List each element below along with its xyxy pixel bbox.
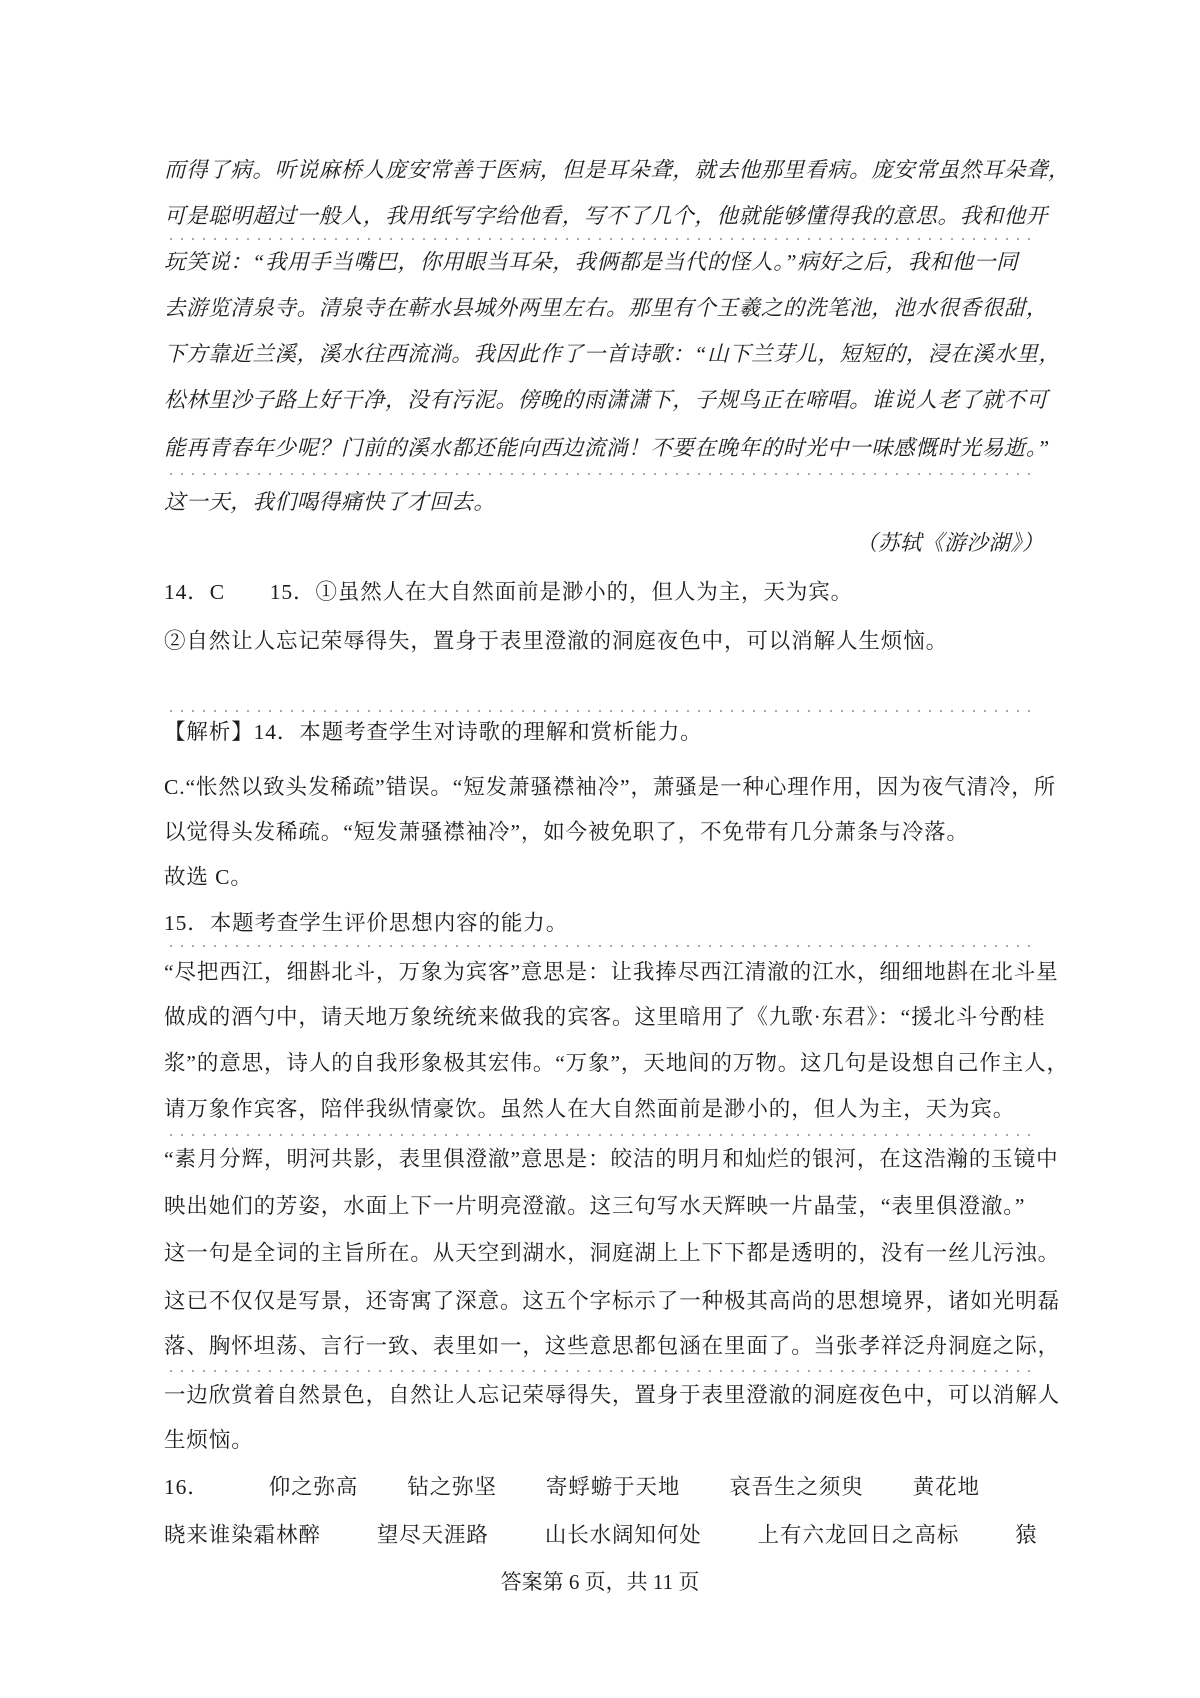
analysis-line: C.“怅然以致头发稀疏”错误。“短发萧骚襟袖冷”，萧骚是一种心理作用，因为夜气清… (164, 764, 1044, 810)
translation-line: 能再青春年少呢？门前的溪水都还能向西边流淌！不要在晚年的时光中一味感慨时光易逝。… (164, 425, 1044, 471)
analysis-line: “素月分辉，明河共影，表里俱澄澈”意思是：皎洁的明月和灿烂的银河，在这浩瀚的玉镜… (164, 1136, 1044, 1182)
source-citation: （苏轼《游沙湖》） (164, 520, 1044, 566)
analysis-line: 生烦恼。 (164, 1417, 1044, 1463)
translation-line: 这一天，我们喝得痛快了才回去。 (164, 479, 1044, 525)
analysis-line: 一边欣赏着自然景色，自然让人忘记荣辱得失，置身于表里澄澈的洞庭夜色中，可以消解人 (164, 1372, 1044, 1418)
q16-label: 16． (164, 1464, 210, 1510)
q16-blank-answer: 望尽天涯路 (377, 1512, 489, 1558)
page-number-footer: 答案第 6 页，共 11 页 (0, 1559, 1200, 1605)
translation-line: 去游览清泉寺。清泉寺在蕲水县城外两里左右。那里有个王羲之的洗笔池，池水很香很甜， (164, 285, 1044, 331)
answer-line-14-15: 14．C 15．①虽然人在大自然面前是渺小的，但人为主，天为宾。 (164, 569, 1044, 615)
q16-blank-answer: 寄蜉蝣于天地 (546, 1464, 680, 1510)
translation-line: 可是聪明超过一般人，我用纸写字给他看，写不了几个，他就能够懂得我的意思。我和他开 (164, 193, 1044, 239)
answer-line-15-part2: ②自然让人忘记荣辱得失，置身于表里澄澈的洞庭夜色中，可以消解人生烦恼。 (164, 618, 1044, 664)
analysis-line: 做成的酒勺中，请天地万象统统来做我的宾客。这里暗用了《九歌·东君》：“援北斗兮酌… (164, 994, 1044, 1040)
q16-blank-answer: 钻之弥坚 (407, 1464, 497, 1510)
q16-answer-row: 晓来谁染霜林醉 望尽天涯路 山长水阔知何处 上有六龙回日之高标 猿 (164, 1512, 1044, 1558)
q16-blank-answer: 猿 (1015, 1512, 1037, 1558)
translation-line: 下方靠近兰溪，溪水往西流淌。我因此作了一首诗歌：“山下兰芽儿，短短的，浸在溪水里… (164, 331, 1044, 377)
translation-line: 而得了病。听说麻桥人庞安常善于医病，但是耳朵聋，就去他那里看病。庞安常虽然耳朵聋… (164, 147, 1044, 193)
analysis-line: 这一句是全词的主旨所在。从天空到湖水，洞庭湖上上下下都是透明的，没有一丝儿污浊。 (164, 1230, 1044, 1276)
analysis-line: 以觉得头发稀疏。“短发萧骚襟袖冷”，如今被免职了，不免带有几分萧条与冷落。 (164, 809, 1044, 855)
dotted-separator (170, 473, 1032, 475)
analysis-line: 落、胸怀坦荡、言行一致、表里如一，这些意思都包涵在里面了。当张孝祥泛舟洞庭之际， (164, 1323, 1044, 1369)
translation-line: 松林里沙子路上好干净，没有污泥。傍晚的雨潇潇下，子规鸟正在啼唱。谁说人老了就不可 (164, 377, 1044, 423)
q16-blank-answer: 山长水阔知何处 (545, 1512, 702, 1558)
q16-blank-answer: 黄花地 (913, 1464, 980, 1510)
q16-blank-answer: 仰之弥高 (269, 1464, 359, 1510)
analysis-line: “尽把西江，细斟北斗，万象为宾客”意思是：让我捧尽西江清澈的江水，细细地斟在北斗… (164, 949, 1044, 995)
analysis-line: 映出她们的芳姿，水面上下一片明亮澄澈。这三句写水天辉映一片晶莹，“表里俱澄澈。” (164, 1183, 1044, 1229)
analysis-line: 【解析】14．本题考查学生对诗歌的理解和赏析能力。 (164, 709, 1044, 755)
q16-answer-row: 16． 仰之弥高 钻之弥坚 寄蜉蝣于天地 哀吾生之须臾 黄花地 (164, 1464, 1044, 1510)
answer-sheet-page: 而得了病。听说麻桥人庞安常善于医病，但是耳朵聋，就去他那里看病。庞安常虽然耳朵聋… (0, 0, 1200, 1698)
q16-blank-answer: 晓来谁染霜林醉 (164, 1512, 321, 1558)
q16-blank-answer: 哀吾生之须臾 (729, 1464, 863, 1510)
analysis-line: 故选 C。 (164, 854, 1044, 900)
translation-line: 玩笑说：“我用手当嘴巴，你用眼当耳朵，我俩都是当代的怪人。”病好之后，我和他一同 (164, 239, 1044, 285)
analysis-line: 浆”的意思，诗人的自我形象极其宏伟。“万象”，天地间的万物。这几句是设想自己作主… (164, 1040, 1044, 1086)
analysis-line: 15．本题考查学生评价思想内容的能力。 (164, 900, 1044, 946)
q16-blank-answer: 上有六龙回日之高标 (758, 1512, 960, 1558)
analysis-line: 这已不仅仅是写景，还寄寓了深意。这五个字标示了一种极其高尚的思想境界，诸如光明磊 (164, 1278, 1044, 1324)
analysis-line: 请万象作宾客，陪伴我纵情豪饮。虽然人在大自然面前是渺小的，但人为主，天为宾。 (164, 1086, 1044, 1132)
